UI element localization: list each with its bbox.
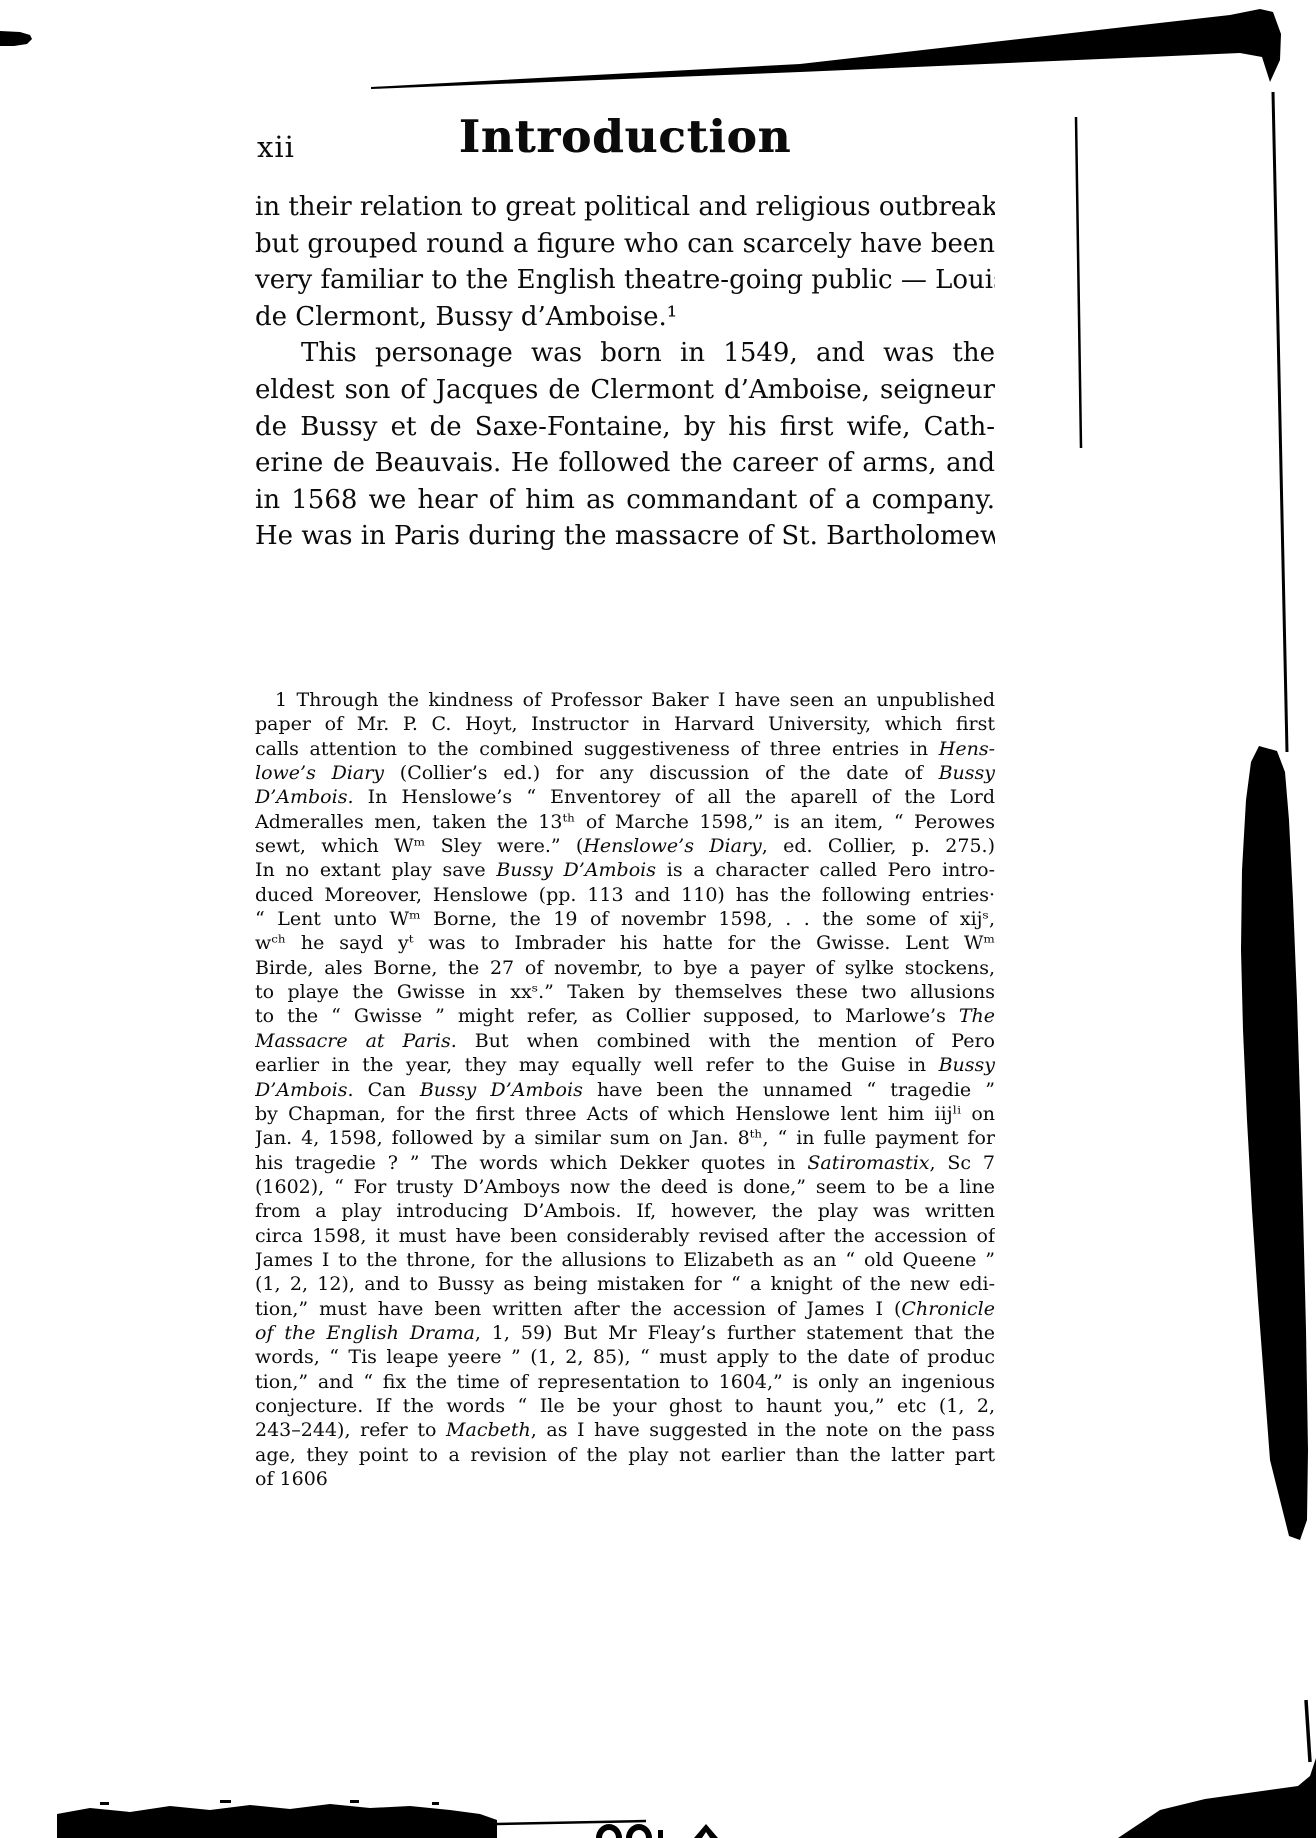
scan-artifact-bottom-line [497, 1821, 646, 1824]
text-line: in their relation to great political and… [255, 189, 995, 226]
text-segment: earlier in the year, they may equally we… [255, 1054, 939, 1076]
text-segment: tion,” and “ fix the time of representat… [255, 1371, 995, 1393]
text-segment: He was in Paris during the massacre of S… [255, 521, 995, 551]
page-number: xii [257, 130, 295, 164]
text-line: “ Lent unto Wᵐ Borne, the 19 of novembr … [255, 907, 995, 931]
text-segment: de Clermont, Bussy d’Amboise.¹ [255, 302, 677, 332]
text-line: of 1606 [255, 1467, 995, 1491]
text-segment: tion,” must have been written after the … [255, 1298, 901, 1320]
text-segment: in 1568 we hear of him as commandant of … [255, 485, 995, 515]
text-segment: In Henslowe’s “ Enventorey of all the ap… [353, 786, 995, 808]
text-segment: , 1, 59) But Mr Fleay’s further statemen… [475, 1322, 995, 1344]
text-segment: “ Lent unto Wᵐ Borne, the 19 of novembr … [255, 908, 995, 930]
italic-text-segment: Macbeth [446, 1419, 531, 1441]
text-segment: (1, 2, 12), and to Bussy as being mistak… [255, 1273, 995, 1295]
text-line: 243–244), refer to Macbeth, as I have su… [255, 1418, 995, 1442]
text-segment: This personage was born in 1549, and was… [301, 338, 995, 368]
text-segment: (Collier’s ed.) for any discussion of th… [384, 762, 939, 784]
text-segment: to the “ Gwisse ” might refer, as Collie… [255, 1005, 959, 1027]
text-segment: words, “ Tis leape yeere ” (1, 2, 85), “… [255, 1346, 995, 1368]
scan-artifact-right-bar [1241, 746, 1308, 1540]
text-line: wᶜʰ he sayd yᵗ was to Imbrader his hatte… [255, 931, 995, 955]
text-line: Birde, ales Borne, the 27 of novembr, to… [255, 956, 995, 980]
text-segment: eldest son of Jacques de Clermont d’Ambo… [255, 375, 995, 405]
text-line: duced Moreover, Henslowe (pp. 113 and 11… [255, 883, 995, 907]
text-line: tion,” and “ fix the time of representat… [255, 1370, 995, 1394]
text-segment: . But when combined with the mention of … [451, 1030, 995, 1052]
text-segment: de Bussy et de Saxe-Fontaine, by his fir… [255, 412, 995, 442]
text-line: erine de Beauvais. He followed the caree… [255, 445, 995, 482]
italic-text-segment: Bussy D’Ambois [420, 1079, 583, 1101]
text-line: de Bussy et de Saxe-Fontaine, by his fir… [255, 409, 995, 446]
text-line: paper of Mr. P. C. Hoyt, Instructor in H… [255, 712, 995, 736]
text-segment: have been the unnamed “ tragedie ” [583, 1079, 995, 1101]
text-segment: from a play introducing D’Ambois. If, ho… [255, 1200, 995, 1222]
scan-artifact-rule-line [1076, 117, 1081, 448]
text-line: (1, 2, 12), and to Bussy as being mistak… [255, 1272, 995, 1296]
text-segment: paper of Mr. P. C. Hoyt, Instructor in H… [255, 713, 995, 735]
text-segment: conjecture. If the words “ Ile be your g… [255, 1395, 995, 1417]
text-line: circa 1598, it must have been considerab… [255, 1224, 995, 1248]
italic-text-segment: Bussy D’Ambois [496, 859, 656, 881]
text-line: age, they point to a revision of the pla… [255, 1443, 995, 1467]
text-line: sewt, which Wᵐ Sley were.” (Henslowe’s D… [255, 834, 995, 858]
text-line: Admeralles men, taken the 13ᵗʰ of Marche… [255, 810, 995, 834]
italic-text-segment: Bussy [939, 762, 995, 784]
text-line: He was in Paris during the massacre of S… [255, 518, 995, 555]
running-head: Introduction [255, 110, 995, 163]
text-segment: but grouped round a figure who can scarc… [255, 229, 995, 259]
text-line: in 1568 we hear of him as commandant of … [255, 482, 995, 519]
text-segment: very familiar to the English theatre-goi… [255, 265, 995, 295]
text-segment: . Can [347, 1079, 419, 1101]
text-line: Massacre at Paris. But when combined wit… [255, 1029, 995, 1053]
text-line: to the “ Gwisse ” might refer, as Collie… [255, 1004, 995, 1028]
text-line: calls attention to the combined suggesti… [255, 737, 995, 761]
text-segment: 1 Through the kindness of Professor Bake… [275, 689, 995, 711]
cut-off-print-fragment [694, 1824, 718, 1838]
text-segment: Jan. 4, 1598, followed by a similar sum … [255, 1127, 995, 1149]
text-segment: Admeralles men, taken the 13ᵗʰ of Marche… [255, 811, 995, 833]
scan-artifact-bottom-right-line [1306, 1700, 1310, 1762]
text-line: his tragedie ? ” The words which Dekker … [255, 1151, 995, 1175]
italic-text-segment: D’Ambois. [255, 786, 353, 808]
text-line: words, “ Tis leape yeere ” (1, 2, 85), “… [255, 1345, 995, 1369]
text-segment: of 1606 [255, 1468, 328, 1490]
text-segment: 243–244), refer to [255, 1419, 446, 1441]
text-segment: erine de Beauvais. He followed the caree… [255, 448, 995, 478]
text-line: very familiar to the English theatre-goi… [255, 262, 995, 299]
cut-off-print-fragment [596, 1824, 622, 1838]
text-segment: calls attention to the combined suggesti… [255, 738, 939, 760]
text-line: D’Ambois. Can Bussy D’Ambois have been t… [255, 1078, 995, 1102]
italic-text-segment: The [959, 1005, 995, 1027]
text-segment: wᶜʰ he sayd yᵗ was to Imbrader his hatte… [255, 932, 995, 954]
scan-artifact-speck [432, 1802, 439, 1805]
text-line: by Chapman, for the first three Acts of … [255, 1102, 995, 1126]
text-segment: James I to the throne, for the allusions… [255, 1249, 995, 1271]
scanned-book-page: xii Introduction in their relation to gr… [0, 0, 1316, 1838]
text-segment: his tragedie ? ” The words which Dekker … [255, 1152, 807, 1174]
text-segment: , ed. Collier, p. 275.) [762, 835, 995, 857]
text-line: James I to the throne, for the allusions… [255, 1248, 995, 1272]
text-line: lowe’s Diary (Collier’s ed.) for any dis… [255, 761, 995, 785]
italic-text-segment: D’Ambois [255, 1079, 347, 1101]
text-segment: duced Moreover, Henslowe (pp. 113 and 11… [255, 884, 995, 906]
text-line: conjecture. If the words “ Ile be your g… [255, 1394, 995, 1418]
italic-text-segment: Hens- [939, 738, 995, 760]
scan-artifact-bottom-left-bar [57, 1804, 497, 1838]
text-segment: is a character called Pero intro- [656, 859, 995, 881]
text-line: eldest son of Jacques de Clermont d’Ambo… [255, 372, 995, 409]
text-line: of the English Drama, 1, 59) But Mr Flea… [255, 1321, 995, 1345]
scan-artifact-speck [100, 1802, 109, 1805]
italic-text-segment: Henslowe’s Diary [583, 835, 761, 857]
text-segment: to playe the Gwisse in xxˢ.” Taken by th… [255, 981, 995, 1003]
scan-artifact-bottom-right-wedge [1118, 1758, 1316, 1838]
text-line: D’Ambois. In Henslowe’s “ Enventorey of … [255, 785, 995, 809]
italic-text-segment: Satiromastix [807, 1152, 929, 1174]
text-line: from a play introducing D’Ambois. If, ho… [255, 1199, 995, 1223]
text-segment: Birde, ales Borne, the 27 of novembr, to… [255, 957, 995, 979]
main-text-block: in their relation to great political and… [255, 189, 995, 555]
text-line: In no extant play save Bussy D’Ambois is… [255, 858, 995, 882]
scan-artifact-right-line [1273, 92, 1287, 752]
text-line: This personage was born in 1549, and was… [255, 335, 995, 372]
text-line: 1 Through the kindness of Professor Bake… [255, 688, 995, 712]
text-segment: , as I have suggested in the note on the… [531, 1419, 995, 1441]
italic-text-segment: Bussy [939, 1054, 995, 1076]
text-line: tion,” must have been written after the … [255, 1297, 995, 1321]
text-line: de Clermont, Bussy d’Amboise.¹ [255, 299, 995, 336]
italic-text-segment: Massacre at Paris [255, 1030, 451, 1052]
scan-artifact-speck [350, 1800, 359, 1803]
text-segment: circa 1598, it must have been considerab… [255, 1225, 995, 1247]
text-line: (1602), “ For trusty D’Amboys now the de… [255, 1175, 995, 1199]
italic-text-segment: of the English Drama [255, 1322, 475, 1344]
text-line: to playe the Gwisse in xxˢ.” Taken by th… [255, 980, 995, 1004]
cut-off-print-fragment [626, 1824, 652, 1838]
text-line: earlier in the year, they may equally we… [255, 1053, 995, 1077]
footnote-block: 1 Through the kindness of Professor Bake… [255, 688, 995, 1491]
text-segment: , Sc 7 [930, 1152, 996, 1174]
italic-text-segment: lowe’s Diary [255, 762, 384, 784]
scan-artifact-left-smudge [0, 31, 32, 46]
cut-off-print-fragment [658, 1830, 663, 1838]
scan-artifact-top-wedge [371, 9, 1281, 89]
page-header: xii Introduction [255, 110, 995, 174]
text-segment: age, they point to a revision of the pla… [255, 1444, 995, 1466]
scan-artifact-speck [220, 1800, 231, 1803]
text-segment: In no extant play save [255, 859, 496, 881]
text-line: Jan. 4, 1598, followed by a similar sum … [255, 1126, 995, 1150]
text-segment: by Chapman, for the first three Acts of … [255, 1103, 995, 1125]
text-line: but grouped round a figure who can scarc… [255, 226, 995, 263]
italic-text-segment: Chronicle [901, 1298, 995, 1320]
text-segment: (1602), “ For trusty D’Amboys now the de… [255, 1176, 995, 1198]
text-segment: in their relation to great political and… [255, 192, 995, 222]
text-segment: sewt, which Wᵐ Sley were.” ( [255, 835, 583, 857]
